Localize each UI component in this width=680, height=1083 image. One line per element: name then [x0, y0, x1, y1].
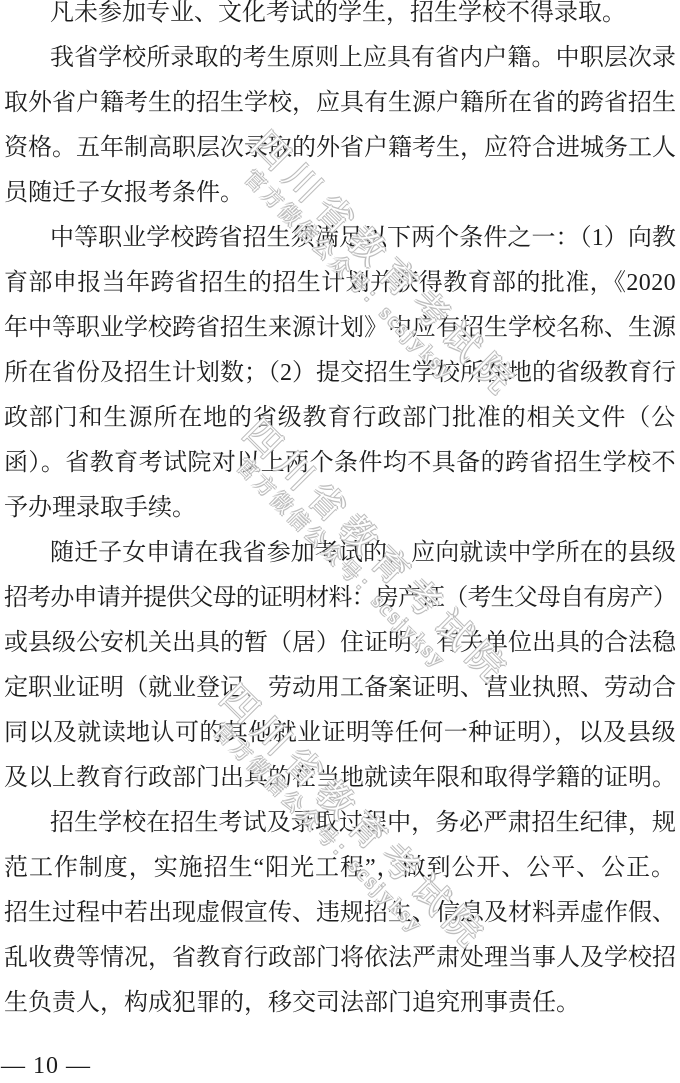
document-line-text: 政部门和生源所在地的省级教育行政部门批准的相关文件（公: [4, 405, 676, 431]
paragraph: 凡未参加专业、文化考试的学生，招生学校不得录取。: [4, 0, 676, 36]
document-line: 函）。省教育考试院对以上两个条件均不具备的跨省招生学校不: [4, 441, 676, 486]
document-line: 招考办申请并提供父母的证明材料：房产证（考生父母自有房产）: [4, 576, 676, 621]
document-line-text: 员随迁子女报考条件。: [4, 180, 244, 206]
paragraph: 随迁子女申请在我省参加考试的，应向就读中学所在的县级招考办申请并提供父母的证明材…: [4, 531, 676, 801]
paragraph: 我省学校所录取的考生原则上应具有省内户籍。中职层次录取外省户籍考生的招生学校，应…: [4, 36, 676, 216]
document-line-text: 及以上教育行政部门出具的在当地就读年限和取得学籍的证明。: [4, 765, 676, 791]
document-line: 招生学校在招生考试及录取过程中，务必严肃招生纪律，规: [4, 801, 676, 846]
document-line-text: 予办理录取手续。: [4, 495, 196, 521]
document-line-text: 同以及就读地认可的其他就业证明等任何一种证明），以及县级: [4, 720, 676, 746]
document-line-text: 凡未参加专业、文化考试的学生，招生学校不得录取。: [50, 0, 626, 26]
document-line: 政部门和生源所在地的省级教育行政部门批准的相关文件（公: [4, 396, 676, 441]
document-line: 或县级公安机关出具的暂（居）住证明；有关单位出具的合法稳: [4, 621, 676, 666]
document-line: 中等职业学校跨省招生须满足以下两个条件之一：（1）向教: [4, 216, 676, 261]
document-line: 育部申报当年跨省招生的招生计划并获得教育部的批准，《2020: [4, 261, 676, 306]
document-line: 及以上教育行政部门出具的在当地就读年限和取得学籍的证明。: [4, 756, 676, 801]
document-line: 我省学校所录取的考生原则上应具有省内户籍。中职层次录: [4, 36, 676, 81]
document-line: 所在省份及招生计划数；（2）提交招生学校所在地的省级教育行: [4, 351, 676, 396]
document-line: 凡未参加专业、文化考试的学生，招生学校不得录取。: [4, 0, 676, 36]
document-line-text: 招生学校在招生考试及录取过程中，务必严肃招生纪律，规: [50, 810, 676, 836]
document-line: 范工作制度，实施招生“阳光工程”，做到公开、公平、公正。: [4, 846, 676, 891]
document-line-text: 育部申报当年跨省招生的招生计划并获得教育部的批准，《2020: [4, 270, 676, 296]
document-line-text: 或县级公安机关出具的暂（居）住证明；有关单位出具的合法稳: [4, 630, 676, 656]
document-line-text: 函）。省教育考试院对以上两个条件均不具备的跨省招生学校不: [4, 450, 676, 476]
document-line-text: 乱收费等情况，省教育行政部门将依法严肃处理当事人及学校招: [4, 945, 676, 971]
document-line-text: 随迁子女申请在我省参加考试的，应向就读中学所在的县级: [50, 540, 676, 566]
document-page: 凡未参加专业、文化考试的学生，招生学校不得录取。我省学校所录取的考生原则上应具有…: [0, 0, 680, 1083]
page-number: — 10 —: [1, 1053, 91, 1080]
document-line: 随迁子女申请在我省参加考试的，应向就读中学所在的县级: [4, 531, 676, 576]
document-line-text: 招考办申请并提供父母的证明材料：房产证（考生父母自有房产）: [4, 585, 676, 611]
paragraph: 招生学校在招生考试及录取过程中，务必严肃招生纪律，规范工作制度，实施招生“阳光工…: [4, 801, 676, 1026]
document-line: 同以及就读地认可的其他就业证明等任何一种证明），以及县级: [4, 711, 676, 756]
document-line: 予办理录取手续。: [4, 486, 676, 531]
document-line-text: 取外省户籍考生的招生学校，应具有生源户籍所在省的跨省招生: [4, 90, 676, 116]
document-line-text: 所在省份及招生计划数；（2）提交招生学校所在地的省级教育行: [4, 360, 676, 386]
document-line-text: 定职业证明（就业登记、劳动用工备案证明、营业执照、劳动合: [4, 675, 676, 701]
document-line-text: 招生过程中若出现虚假宣传、违规招生、信息及材料弄虚作假、: [4, 900, 676, 926]
document-line-text: 中等职业学校跨省招生须满足以下两个条件之一：（1）向教: [50, 225, 676, 251]
document-body: 凡未参加专业、文化考试的学生，招生学校不得录取。我省学校所录取的考生原则上应具有…: [4, 0, 676, 1026]
paragraph: 中等职业学校跨省招生须满足以下两个条件之一：（1）向教育部申报当年跨省招生的招生…: [4, 216, 676, 531]
document-line: 员随迁子女报考条件。: [4, 171, 676, 216]
document-line: 招生过程中若出现虚假宣传、违规招生、信息及材料弄虚作假、: [4, 891, 676, 936]
document-line: 定职业证明（就业登记、劳动用工备案证明、营业执照、劳动合: [4, 666, 676, 711]
document-line-text: 我省学校所录取的考生原则上应具有省内户籍。中职层次录: [50, 45, 676, 71]
document-line-text: 生负责人，构成犯罪的，移交司法部门追究刑事责任。: [4, 990, 580, 1016]
document-line-text: 范工作制度，实施招生“阳光工程”，做到公开、公平、公正。: [4, 855, 676, 881]
document-line: 年中等职业学校跨省招生来源计划》中应有招生学校名称、生源: [4, 306, 676, 351]
document-line-text: 年中等职业学校跨省招生来源计划》中应有招生学校名称、生源: [4, 315, 676, 341]
document-line: 生负责人，构成犯罪的，移交司法部门追究刑事责任。: [4, 981, 676, 1026]
document-line: 取外省户籍考生的招生学校，应具有生源户籍所在省的跨省招生: [4, 81, 676, 126]
document-line-text: 资格。五年制高职层次录取的外省户籍考生，应符合进城务工人: [4, 135, 676, 161]
document-line: 资格。五年制高职层次录取的外省户籍考生，应符合进城务工人: [4, 126, 676, 171]
document-line: 乱收费等情况，省教育行政部门将依法严肃处理当事人及学校招: [4, 936, 676, 981]
